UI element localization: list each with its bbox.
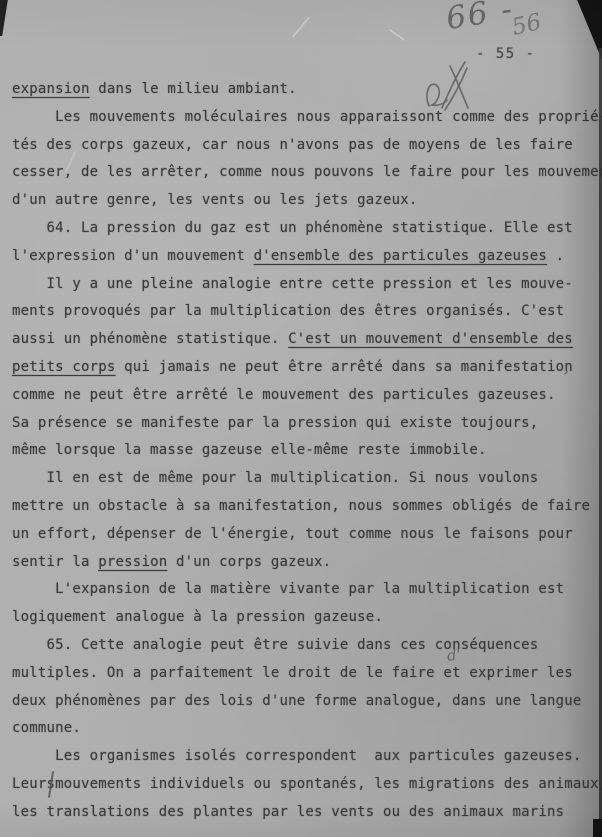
text-line: tés des corps gazeux, car nous n'avons p… <box>12 132 602 160</box>
scan-edge-top-left <box>0 0 10 36</box>
text-line: petits corps qui jamais ne peut être arr… <box>12 354 602 382</box>
pencil-number-66: 66 - <box>444 0 517 37</box>
text-line: Il y a une pleine analogie entre cette p… <box>12 271 602 299</box>
text-line: expansion dans le milieu ambiant. <box>12 76 602 104</box>
text-line: même lorsque la masse gazeuse elle-même … <box>12 437 602 465</box>
text-line: d'un autre genre, les vents ou les jets … <box>12 187 602 215</box>
text-lines: expansion dans le milieu ambiant. Les mo… <box>12 76 602 827</box>
text-line: deux phénomènes par des lois d'une forme… <box>12 688 602 716</box>
text-line: comme ne peut être arrêté le mouvement d… <box>12 382 602 410</box>
typed-text-block: expansion dans le milieu ambiant. Les mo… <box>12 76 602 827</box>
page-number: - 55 - <box>476 46 536 62</box>
text-line: multiples. On a parfaitement le droit de… <box>12 660 602 688</box>
text-line: un effort, dépenser de l'énergie, tout c… <box>12 521 602 549</box>
scratch-mark <box>292 17 310 38</box>
text-line: Il en est de même pour la multiplication… <box>12 465 602 493</box>
text-line: l'expression d'un mouvement d'ensemble d… <box>12 243 602 271</box>
text-line: cesser, de les arrêter, comme nous pouvo… <box>12 159 602 187</box>
text-line: L'expansion de la matière vivante par la… <box>12 576 602 604</box>
text-line: logiquement analogue à la pression gazeu… <box>12 604 602 632</box>
scanned-document-page: 66 - 56 - 55 - expansion dans le milieu … <box>0 0 602 837</box>
text-line: aussi un phénomène statistique. C'est un… <box>12 326 602 354</box>
pencil-number-56: 56 <box>509 9 543 41</box>
text-line: Sa présence se manifeste par la pression… <box>12 410 602 438</box>
text-line: 64. La pression du gaz est un phénomène … <box>12 215 602 243</box>
text-line: mettre un obstacle à sa manifestation, n… <box>12 493 602 521</box>
scan-edge-top-right <box>575 0 602 60</box>
text-line: Les organismes isolés correspondent aux … <box>12 743 602 771</box>
scratch-mark <box>389 29 405 41</box>
text-line: les translations des plantes par les ven… <box>12 799 602 827</box>
pencil-inserted-d-apostrophe: d' <box>446 645 462 664</box>
text-line: commune. <box>12 715 602 743</box>
text-line: sentir la pression d'un corps gazeux. <box>12 549 602 577</box>
text-line: Leursmouvements individuels ou spontanés… <box>12 771 602 799</box>
text-line: 65. Cette analogie peut être suivie dans… <box>12 632 602 660</box>
text-line: ments provoqués par la multiplication de… <box>12 298 602 326</box>
text-line: Les mouvements moléculaires nous apparai… <box>12 104 602 132</box>
